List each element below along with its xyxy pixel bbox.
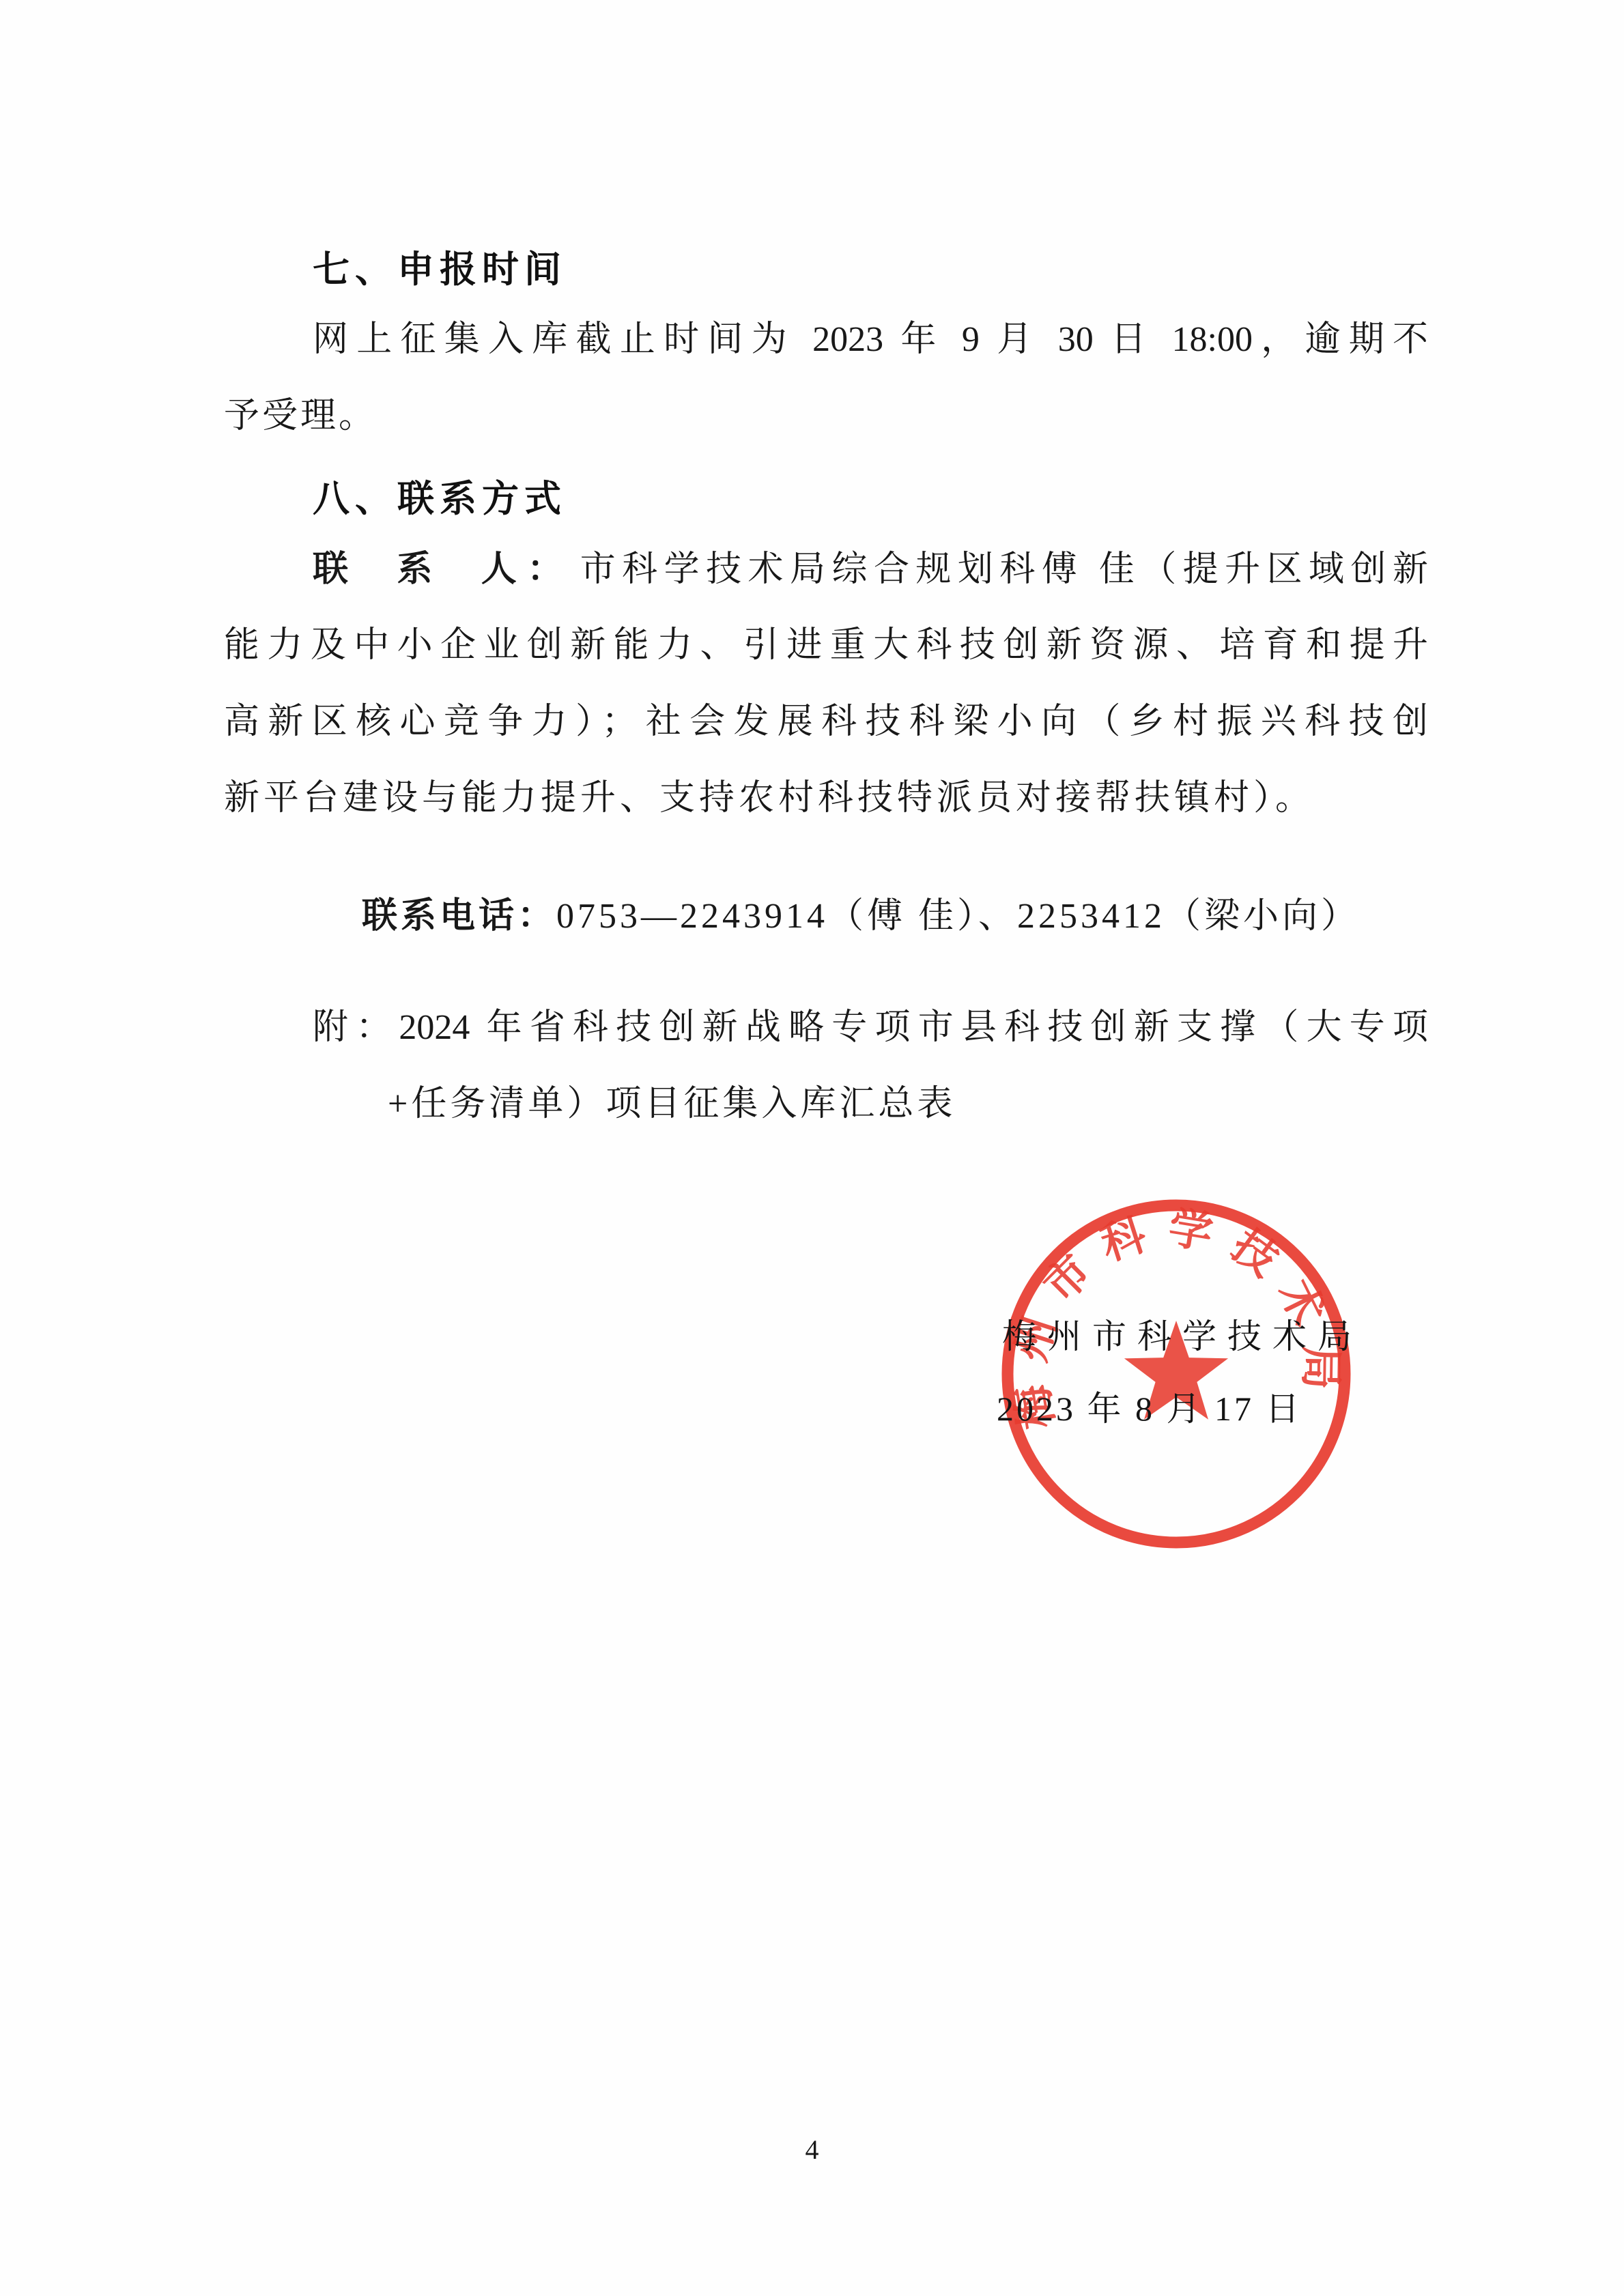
official-stamp: 梅州市科学技术局 [992,1190,1361,1558]
signature-org: 梅州市科学技术局 [1002,1309,1363,1358]
page-number: 4 [0,2134,1624,2166]
signature-date: 2023 年 8 月 17 日 [997,1381,1302,1431]
document-page: 七、申报时间 网上征集入库截止时间为 2023 年 9 月 30 日 18:00… [0,0,1624,2296]
contact-person-label: 联 系 人： [313,549,580,589]
phone-text: 0753—2243914（傅 佳）、2253412（梁小向） [556,897,1360,936]
contact-line2: 能力及中小企业创新能力、引进重大科技创新资源、培育和提升 [224,625,1428,666]
contact-line1-text: 市科学技术局综合规划科傅 佳（提升区域创新 [580,550,1428,589]
contact-line1: 联 系 人：市科学技术局综合规划科傅 佳（提升区域创新 [313,549,1428,590]
section7-line2: 予受理。 [224,396,377,437]
attachment-line2: +任务清单）项目征集入库汇总表 [388,1084,956,1125]
contact-line4: 新平台建设与能力提升、支持农村科技特派员对接帮扶镇村）。 [224,778,1315,819]
attachment-line1: 附：2024 年省科技创新战略专项市县科技创新支撑（大专项 [313,1007,1428,1048]
section7-heading: 七、申报时间 [313,240,567,293]
contact-line3: 高新区核心竞争力）；社会发展科技科梁小向（乡村振兴科技创 [224,702,1428,743]
phone-label: 联系电话： [362,896,556,936]
phone-line: 联系电话：0753—2243914（傅 佳）、2253412（梁小向） [313,855,1360,978]
section8-heading: 八、联系方式 [313,470,567,522]
section7-line1: 网上征集入库截止时间为 2023 年 9 月 30 日 18:00，逾期不 [313,319,1428,360]
